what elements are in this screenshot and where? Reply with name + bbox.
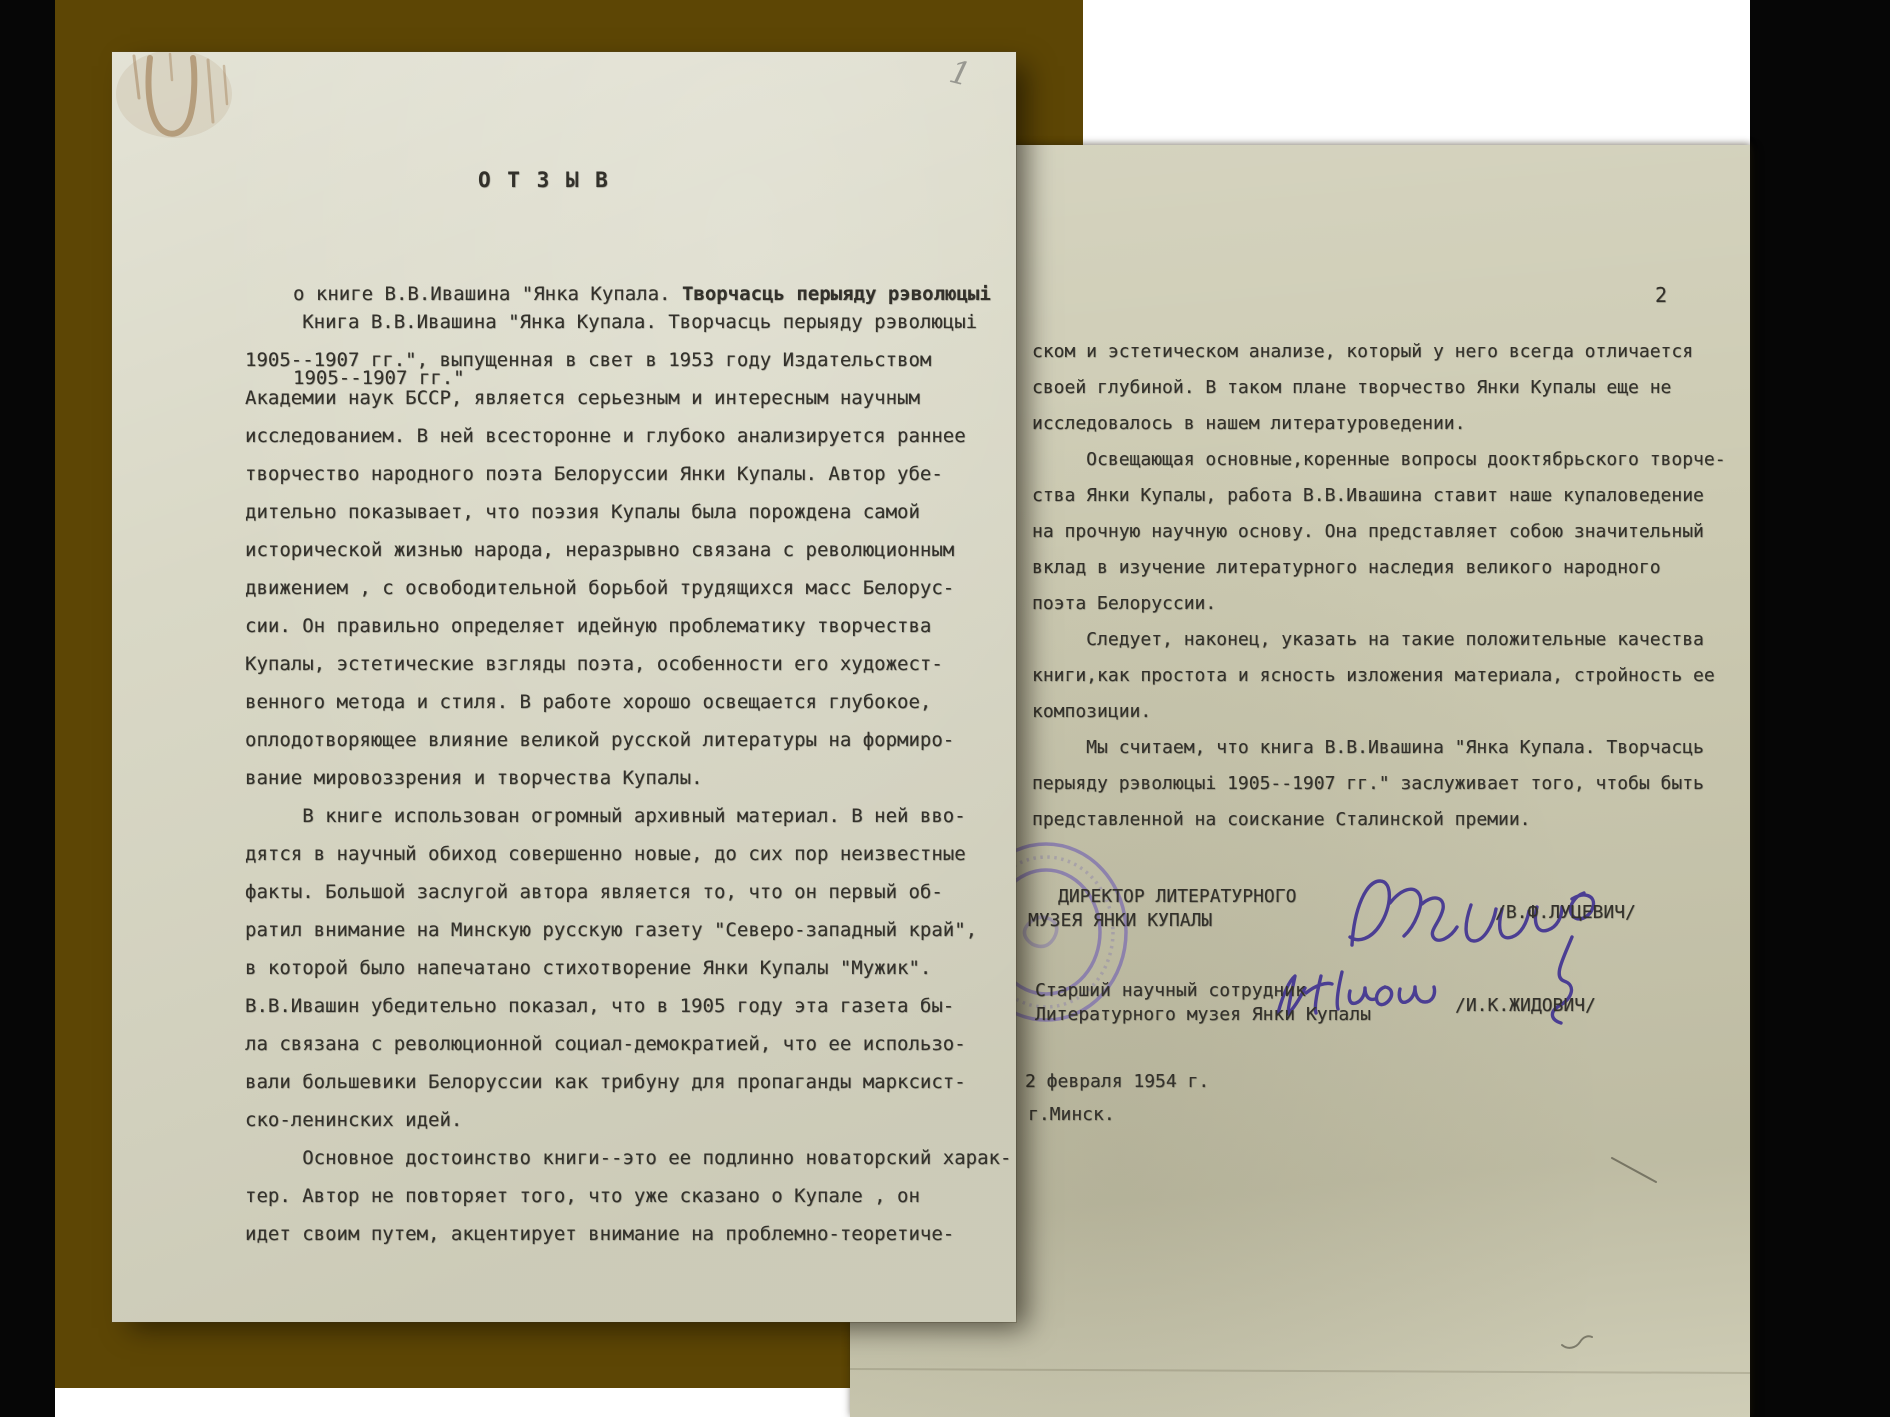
text-line: сии. Он правильно определяет идейную про…: [245, 607, 1011, 645]
text-line: факты. Большой заслугой автора является …: [245, 873, 1011, 911]
page1-body-text: Книга В.В.Ивашина "Янка Купала. Творчасц…: [245, 303, 1011, 1253]
pen-hook-mark: [1562, 1336, 1592, 1348]
document-title: О Т З Ы В: [478, 168, 610, 192]
text-line: ла связана с революционной социал-демокр…: [245, 1025, 1011, 1063]
text-line: перыяду рэволюцыі 1905--1907 гг." заслуж…: [1032, 766, 1726, 802]
text-line: тер. Автор не повторяет того, что уже ск…: [245, 1177, 1011, 1215]
text-line: ском и эстетическом анализе, который у н…: [1032, 334, 1726, 370]
text-line: 1905--1907 гг.", выпущенная в свет в 195…: [245, 341, 1011, 379]
scan-canvas: 2 ском и эстетическом анализе, который у…: [0, 0, 1890, 1417]
document-page-1: 1 О Т З Ы В о книге В.В.Ивашина "Янка Ку…: [112, 52, 1016, 1322]
director-title-line1: ДИРЕКТОР ЛИТЕРАТУРНОГО: [1058, 886, 1296, 907]
text-line: дительно показывает, что поэзия Купалы б…: [245, 493, 1011, 531]
text-line: движением , с освободительной борьбой тр…: [245, 569, 1011, 607]
text-line: вклад в изучение литературного наследия …: [1032, 550, 1726, 586]
pencil-page-marker: 1: [946, 52, 975, 94]
text-line: Основное достоинство книги--это ее подли…: [245, 1139, 1011, 1177]
text-line: на прочную научную основу. Она представл…: [1032, 514, 1726, 550]
text-line: венного метода и стиля. В работе хорошо …: [245, 683, 1011, 721]
scan-edge-right: [1750, 0, 1890, 1417]
pen-scratch-mark: [1612, 1158, 1656, 1182]
text-line: ства Янки Купалы, работа В.В.Ивашина ста…: [1032, 478, 1726, 514]
text-line: поэта Белоруссии.: [1032, 586, 1726, 622]
text-line: Академии наук БССР, является серьезным и…: [245, 379, 1011, 417]
director-title-line2: МУЗЕЯ ЯНКИ КУПАЛЫ: [1028, 910, 1212, 931]
researcher-typed-name: /И.К.ЖИДОВИЧ/: [1455, 995, 1596, 1016]
text-line: дятся в научный обиход совершенно новые,…: [245, 835, 1011, 873]
text-line: исторической жизнью народа, неразрывно с…: [245, 531, 1011, 569]
date-line: 2 февраля 1954 г.: [1025, 1071, 1209, 1092]
text-line: вали большевики Белоруссии как трибуну д…: [245, 1063, 1011, 1101]
text-line: вание мировоззрения и творчества Купалы.: [245, 759, 1011, 797]
page-number: 2: [1655, 283, 1667, 307]
text-line: своей глубиной. В таком плане творчество…: [1032, 370, 1726, 406]
paperclip-rust-stain: [116, 52, 232, 138]
text-line: Мы считаем, что книга В.В.Ивашина "Янка …: [1032, 730, 1726, 766]
text-line: исследовалось в нашем литературоведении.: [1032, 406, 1726, 442]
director-typed-name: /В.Ф.ЛУЦЕВИЧ/: [1495, 902, 1636, 923]
researcher-title-line2: Литературного музея Янки Купалы: [1035, 1004, 1371, 1025]
text-line: в которой было напечатано стихотворение …: [245, 949, 1011, 987]
text-line: Освещающая основные,коренные вопросы доо…: [1032, 442, 1726, 478]
text-line: Купалы, эстетические взгляды поэта, особ…: [245, 645, 1011, 683]
text-line: оплодотворяющее влияние великой русской …: [245, 721, 1011, 759]
text-line: В книге использован огромный архивный ма…: [245, 797, 1011, 835]
text-line: представленной на соискание Сталинской п…: [1032, 802, 1726, 838]
text-line: книги,как простота и ясность изложения м…: [1032, 658, 1726, 694]
text-line: ско-ленинских идей.: [245, 1101, 1011, 1139]
subtitle-bold-phrase: Творчасць перыяду рэволюцыі: [682, 283, 991, 305]
text-line: идет своим путем, акцентирует внимание н…: [245, 1215, 1011, 1253]
text-line: композиции.: [1032, 694, 1726, 730]
scan-edge-left: [0, 0, 55, 1417]
text-line: исследованием. В ней всесторонне и глубо…: [245, 417, 1011, 455]
text-line: творчество народного поэта Белоруссии Ян…: [245, 455, 1011, 493]
page2-body-text: ском и эстетическом анализе, который у н…: [1032, 334, 1726, 838]
paper-crease: [850, 1369, 1750, 1373]
text-line: В.В.Ивашин убедительно показал, что в 19…: [245, 987, 1011, 1025]
text-line: ратил внимание на Минскую русскую газету…: [245, 911, 1011, 949]
city-line: г.Минск.: [1028, 1104, 1115, 1125]
text-line: Следует, наконец, указать на такие полож…: [1032, 622, 1726, 658]
subtitle-prefix: о книге В.В.Ивашина "Янка Купала.: [293, 283, 682, 305]
text-line: Книга В.В.Ивашина "Янка Купала. Творчасц…: [245, 303, 1011, 341]
researcher-title-line1: Старший научный сотрудник: [1035, 980, 1306, 1001]
